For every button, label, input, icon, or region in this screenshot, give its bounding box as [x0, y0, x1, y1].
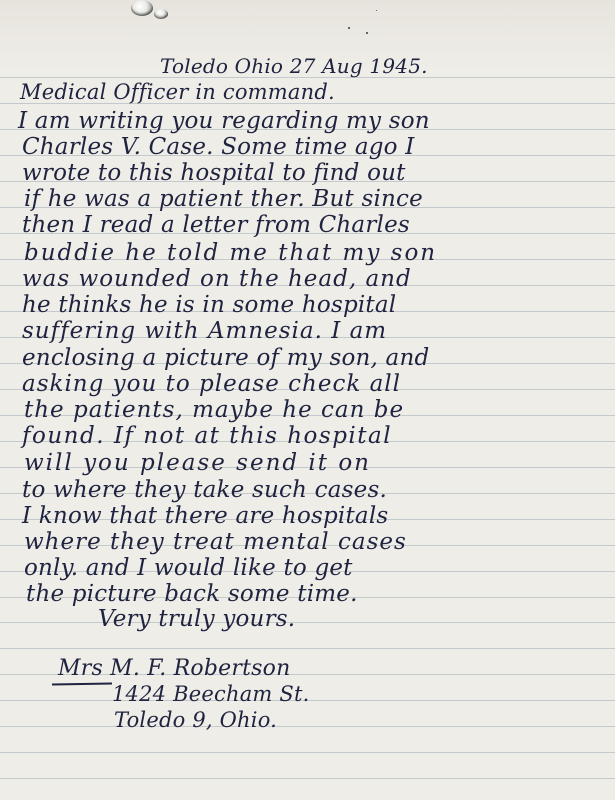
body-line: I am writing you regarding my son: [18, 108, 430, 134]
body-line: found. If not at this hospital: [22, 423, 392, 449]
place-date-heading: Toledo Ohio 27 Aug 1945.: [160, 54, 428, 78]
signature-address-line1: 1424 Beecham St.: [112, 682, 310, 706]
body-line: where they treat mental cases: [24, 529, 407, 555]
body-line: I know that there are hospitals: [22, 503, 388, 529]
ruled-line: [0, 752, 615, 753]
body-line: will you please send it on: [24, 450, 371, 476]
signature-address-line2: Toledo 9, Ohio.: [114, 708, 277, 732]
ruled-line: [0, 648, 615, 649]
body-line: if he was a patient ther. But since: [24, 186, 423, 212]
body-line: the patients, maybe he can be: [24, 397, 404, 423]
body-line: Charles V. Case. Some time ago I: [22, 134, 415, 160]
paper-speck: [366, 32, 368, 34]
paper-speck: [348, 27, 350, 29]
body-line: suffering with Amnesia. I am: [22, 318, 387, 344]
punch-hole: [131, 0, 153, 16]
body-line: only. and I would like to get: [24, 555, 353, 581]
letter-paper: Toledo Ohio 27 Aug 1945. Medical Officer…: [0, 0, 615, 800]
ruled-line: [0, 778, 615, 779]
body-line: enclosing a picture of my son, and: [22, 345, 429, 371]
body-line: asking you to please check all: [22, 371, 401, 397]
paper-speck: [376, 10, 377, 11]
body-line: wrote to this hospital to find out: [22, 160, 406, 186]
closing: Very truly yours.: [98, 606, 295, 632]
body-line: the picture back some time.: [26, 581, 358, 607]
punch-hole: [154, 9, 168, 19]
body-line: buddie he told me that my son: [24, 240, 437, 266]
body-line: to where they take such cases.: [22, 477, 387, 503]
ruled-line: [0, 622, 615, 623]
signature-underline: [52, 682, 112, 685]
body-line: was wounded on the head, and: [22, 266, 412, 292]
ruled-line: [0, 726, 615, 727]
salutation: Medical Officer in command.: [20, 80, 335, 104]
body-line: he thinks he is in some hospital: [22, 292, 396, 318]
signature-name: Mrs M. F. Robertson: [58, 656, 290, 681]
body-line: then I read a letter from Charles: [22, 212, 410, 238]
